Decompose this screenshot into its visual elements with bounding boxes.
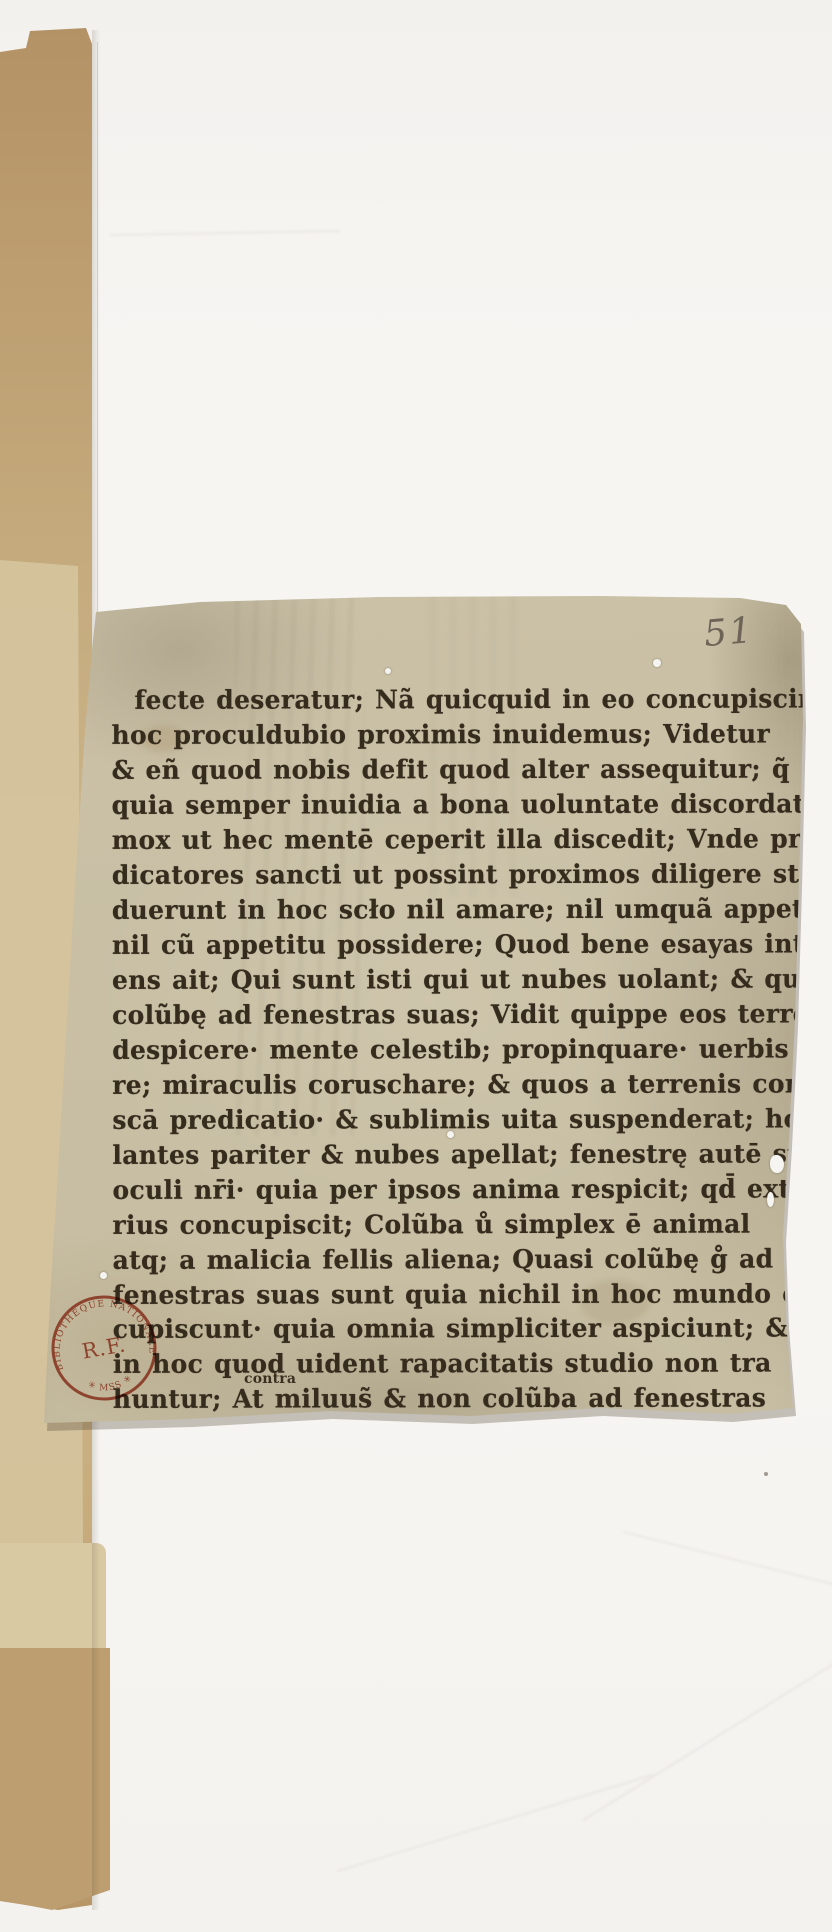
wormhole: [767, 1192, 774, 1207]
manuscript-line: atq; a malicia fellis aliena; Quasi colũ…: [113, 1244, 774, 1275]
manuscript-line: re; miraculis coruschare; & quos a terre…: [112, 1069, 832, 1101]
wormhole: [653, 659, 661, 667]
wormhole: [770, 1155, 784, 1173]
manuscript-line: & eñ quod nobis defit quod alter assequi…: [112, 754, 790, 785]
manuscript-line: quia semper inuidia a bona uoluntate dis…: [112, 789, 814, 820]
wormhole: [385, 668, 391, 674]
binding-strip-step: [0, 1543, 106, 1655]
manuscript-line: nil cũ appetitu possidere; Quod bene esa…: [112, 929, 823, 960]
manuscript-line: huntur; At miluus̃ & non colũba ad fenes…: [113, 1383, 766, 1414]
manuscript-line: colũbę ad fenestras suas; Vidit quippe e…: [112, 999, 832, 1030]
manuscript-line: hoc proculdubio proximis inuidemus; Vide…: [111, 719, 770, 750]
interlinear-addition: contra: [244, 1371, 296, 1387]
manuscript-line: dicatores sancti ut possint proximos dil…: [112, 859, 818, 890]
ink-speck: [764, 1472, 768, 1476]
manuscript-line: fenestras suas sunt quia nichil in hoc m…: [113, 1279, 832, 1310]
manuscript-line: fecte deseratur; Nã quicquid in eo concu…: [134, 684, 832, 715]
manuscript-line: scā predicatio· & sublimis uita suspende…: [112, 1104, 832, 1135]
manuscript-line: despicere· mente celestib; propinquare· …: [112, 1034, 832, 1065]
manuscript-line: rius concupiscit; Colũba ů simplex ē ani…: [113, 1209, 751, 1240]
manuscript-line: ens ait; Qui sunt isti qui ut nubes uola…: [112, 964, 832, 995]
manuscript-line: lantes pariter & nubes apellat; fenestrę…: [112, 1139, 832, 1170]
manuscript-line: duerunt in hoc scło nil amare; nil umquã…: [112, 894, 832, 925]
manuscript-line: mox ut hec mentē ceperit illa discedit; …: [112, 824, 829, 855]
library-stamp: BIBLIOTHÈQUE NATIONALE ✳ MSS ✳ R.F.: [40, 1284, 167, 1411]
stamp-center-text: R.F.: [80, 1332, 128, 1363]
wormhole: [100, 1272, 107, 1279]
manuscript-line: oculi nr̄i· quia per ipsos anima respici…: [112, 1174, 817, 1205]
manuscript-line: cupiscunt· quia omnia simpliciter aspici…: [113, 1313, 789, 1344]
wormhole: [447, 1131, 454, 1138]
manuscript-line: in hoc quod uident rapacitatis studio no…: [113, 1348, 772, 1379]
